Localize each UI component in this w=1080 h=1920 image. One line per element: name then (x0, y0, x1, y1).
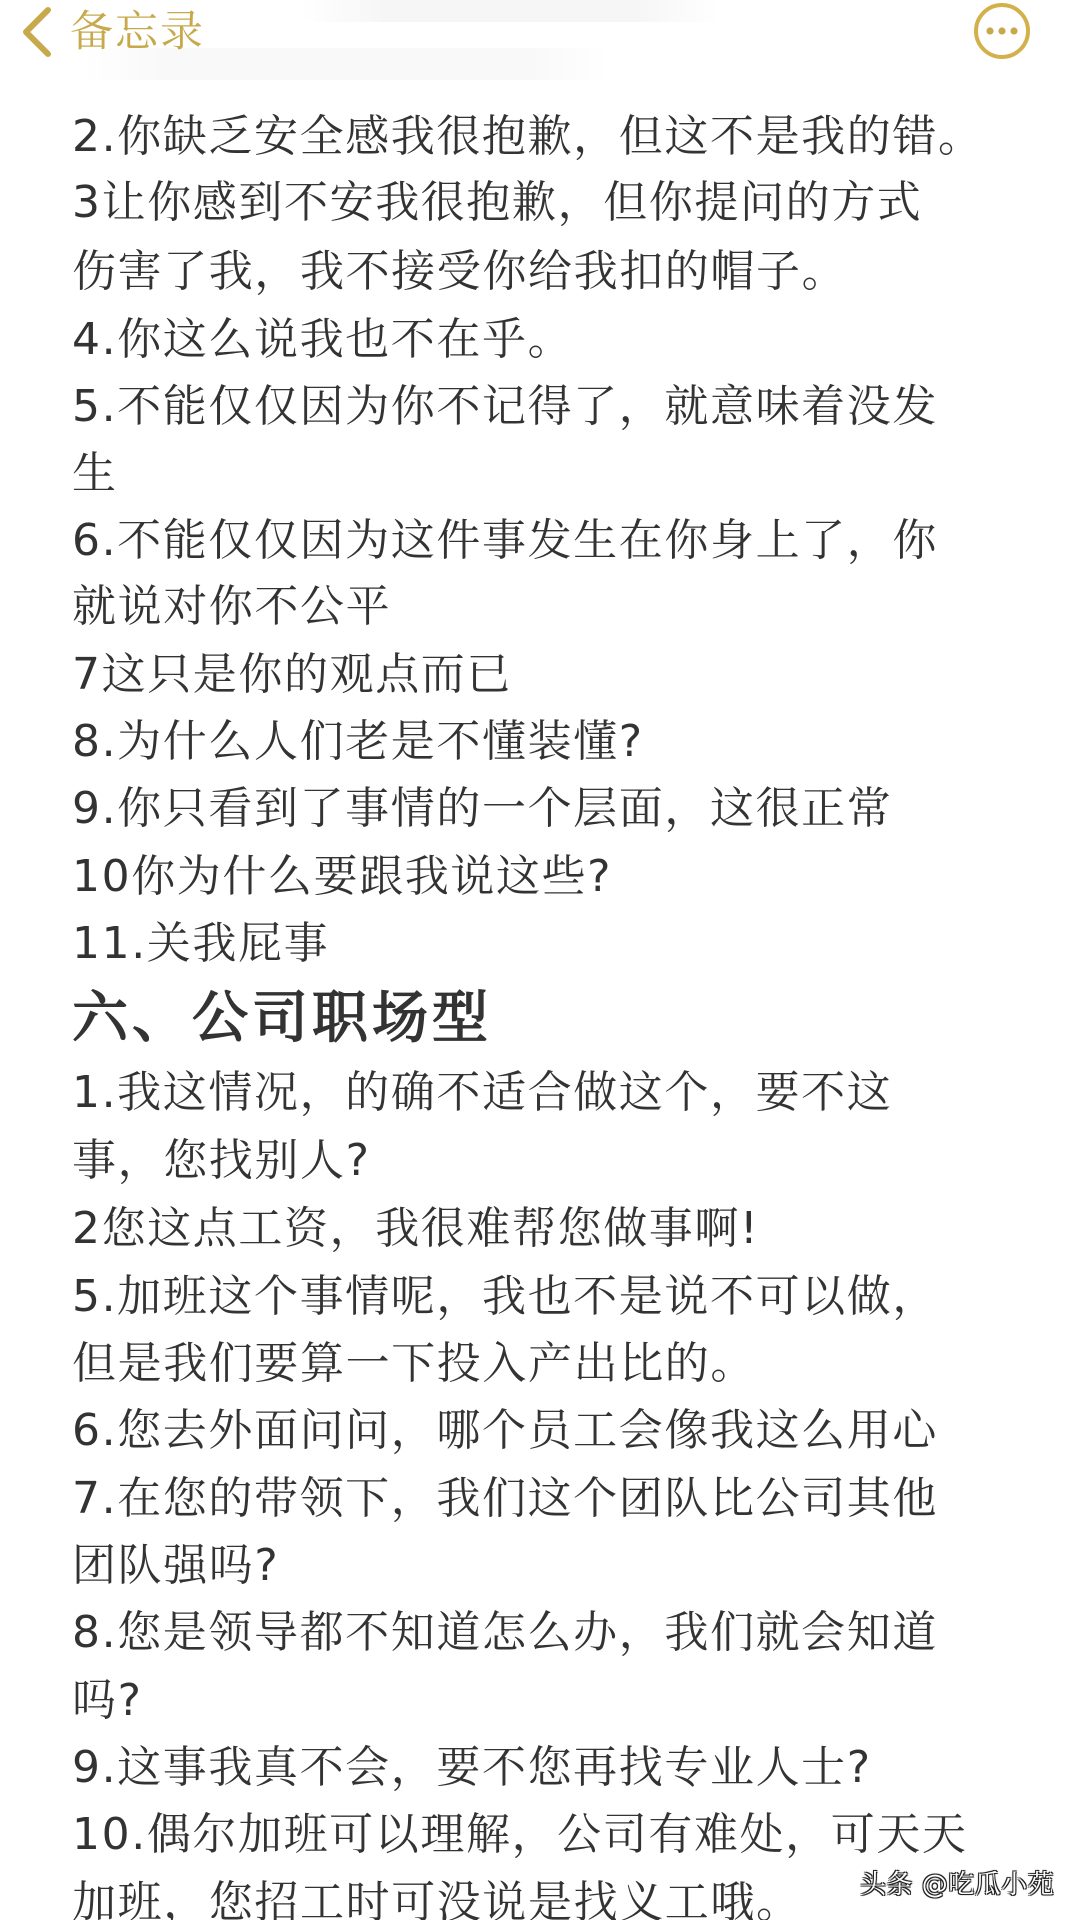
note-line: 5.加班这个事情呢，我也不是说不可以做， (72, 1273, 938, 1321)
note-line: 9.这事我真不会，要不您再找专业人士? (72, 1744, 872, 1792)
note-line: 5.不能仅仅因为你不记得了，就意味着没发 (72, 383, 938, 431)
note-line: 伤害了我，我不接受你给我扣的帽子。 (72, 248, 847, 296)
note-line: 10.偶尔加班可以理解，公司有难处，可天天 (72, 1811, 968, 1859)
note-line: 1.我这情况，的确不适合做这个，要不这 (72, 1069, 892, 1117)
note-line: 6.不能仅仅因为这件事发生在你身上了，你 (72, 517, 938, 565)
note-line: 事，您找别人? (72, 1137, 371, 1185)
note-line: 但是我们要算一下投入产出比的。 (72, 1340, 756, 1388)
note-line: 9.你只看到了事情的一个层面，这很正常 (72, 785, 892, 833)
source-watermark: 头条 @吃瓜小苑 (860, 1864, 1054, 1901)
note-line: 8.您是领导都不知道怎么办，我们就会知道 (72, 1609, 938, 1657)
back-button[interactable]: 备忘录 (18, 4, 205, 60)
section-heading: 六、公司职场型 (72, 988, 492, 1050)
navigation-bar: 备忘录 (0, 0, 1080, 80)
note-line: 团队强吗? (72, 1542, 279, 1590)
note-line: 生 (72, 450, 118, 498)
note-line: 加班，您招工时可没说是找义工哦。 (72, 1879, 802, 1920)
chevron-left-icon (18, 6, 56, 58)
note-line: 3让你感到不安我很抱歉，但你提问的方式 (72, 179, 922, 227)
faded-header-ghost (300, 0, 720, 22)
more-horizontal-circle-icon (973, 45, 1031, 64)
note-line: 2.你缺乏安全感我很抱歉，但这不是我的错。 (72, 113, 984, 161)
note-line: 4.你这么说我也不在乎。 (72, 316, 573, 364)
back-label: 备忘录 (70, 11, 205, 54)
note-line: 6.您去外面问问，哪个员工会像我这么用心 (72, 1407, 938, 1455)
note-line: 10你为什么要跟我说这些? (72, 853, 612, 901)
note-line: 8.为什么人们老是不懂装懂? (72, 718, 644, 766)
more-options-button[interactable] (973, 2, 1031, 60)
note-line: 就说对你不公平 (72, 583, 391, 631)
note-line: 7这只是你的观点而已 (72, 651, 512, 699)
note-line: 7.在您的带领下，我们这个团队比公司其他 (72, 1475, 938, 1523)
note-line: 吗? (72, 1677, 143, 1725)
note-line: 11.关我屁事 (72, 920, 329, 968)
note-line: 2您这点工资，我很难帮您做事啊! (72, 1205, 759, 1253)
